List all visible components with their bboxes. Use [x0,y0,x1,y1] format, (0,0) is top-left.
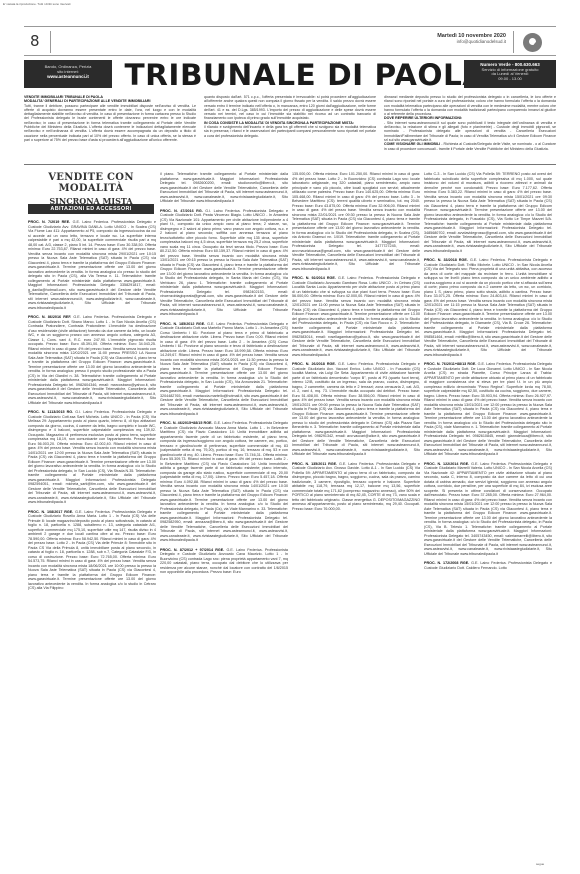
procedure-number: PROC. N. 122/2014 RGE. [424,462,469,466]
procedure-number: PROC. N. 7/2019 REE. [28,220,70,224]
notices-column-1: PROC. N. 7/2019 REE. G.E. Laino Federica… [28,220,156,860]
notice-text: G.E. Laino Federica. Professionista Dele… [28,315,156,405]
website-link[interactable]: www.asteannunci.it [24,74,112,79]
date-box: Martedì 10 novembre 2020 info@quotidiano… [437,33,506,44]
notice-text: Lotto C-3 - In San Lucido (CS) Via Polle… [424,172,552,253]
procedure-number: PROC. N. 108/2017 RGE. [28,510,73,514]
notice-text: G.E. Laino Federica. Professionista Dele… [160,548,288,575]
copyright-notice: E' vietata la riproduzione. Tutti i diri… [3,2,70,6]
notices-column-3: 135.000,00. Offerta minima: Euro 101.250… [292,172,420,860]
procedure-number: PROC. N. 172/2008 RGE. [424,561,469,565]
legal-notice: PROC. N. 87/2012 + 97/2014 RGE. G.E. Lai… [160,548,288,575]
contact-email: info@quotidianodelsud.it [437,39,506,44]
legal-notice: PROC. N. 46/2015+88/15 RGE. G.E. Laino F… [160,421,288,543]
general-terms: VENDITE IMMOBILIARI TRIBUNALE DI PAOLA M… [24,95,556,161]
procedure-number: PROC. N. 1113/2015 RG. [28,410,73,414]
divider [513,31,514,53]
intro-text: Tutti, tranne il debitore, possono parte… [24,104,196,142]
legal-notice: PROC. N. 135/2011 RGE. G.E. Laino Federi… [292,462,420,512]
notice-text: G.E. Laino Federica. Professionista Dele… [292,462,420,511]
procedure-number: PROC. N. 92/2014 RGE. [292,276,336,280]
legal-notice: PROC. N. 122/2014 RGE. G.E. Laino Federi… [424,462,552,557]
service-hours: 09.00 - 13.00 [464,77,556,82]
procedure-number: PROC. N. 47/2016 RG. [160,209,203,213]
intro-text: quanto disposto dall'art. 571 c.p.c., l'… [204,95,376,120]
notice-text: G.E. Laino Federica. Professionista Dele… [424,258,552,357]
notice-text: G.E. Laino Federica. Professionista Dele… [160,421,288,542]
notice-text: G.E. Laino Federica. Professionista Dele… [292,362,420,456]
notice-text: G.I. Laino Federica. Professionista Dele… [28,410,156,504]
page-header: 8 Martedì 10 novembre 2020 info@quotidia… [24,26,556,56]
procedure-number: PROC. N. 86/2016 REF. [28,315,71,319]
legal-notice: PROC. N. 1113/2015 RG. G.I. Laino Federi… [28,410,156,505]
notices-column-4: Lotto C-3 - In San Lucido (CS) Via Polle… [424,172,552,860]
legal-notice: PROC. N. 26/2018 RGE. G.E. Laino Federic… [292,362,420,457]
q-logo-icon [523,33,542,52]
section-title: VENDITE CON MODALITÀ SINCRONA MISTA [24,172,158,206]
legal-notice: Lotto C-3 - In San Lucido (CS) Via Polle… [424,172,552,253]
legal-notice: PROC. N. 172/2008 RGE. G.E. Laino Federi… [424,561,552,570]
legal-notice: PROC. N. 33/2018 RGE. G.E. Laino Federic… [424,258,552,357]
masthead: Bando, Ordinanza, Perizia sito internet:… [24,60,556,88]
notice-text: G.E. Laino Federica. Professionista Dele… [28,510,156,591]
procedure-number: PROC. N. 26/2018 RGE. [292,362,336,366]
legal-notice: il piano. Telematiche: tramite collegame… [160,172,288,204]
notice-text: il piano. Telematiche: tramite collegame… [160,172,288,203]
legal-notice: PROC. N. 185/2012 RGE. G.E. Laino Federi… [160,322,288,417]
procedure-number: PROC. N. 87/2012 + 97/2014 RGE. [160,548,224,552]
divider [24,164,556,165]
notice-text: 135.000,00. Offerta minima: Euro 101.250… [292,172,420,271]
notice-text: G.E. Laino Federica. Professionista Dele… [292,276,420,357]
procedure-number: PROC. N. 76/2011+88/13 RGE. [424,362,476,366]
toll-free-box: Numero Verde - 800.630.663 Servizio di i… [464,60,556,88]
notice-text: G.E. Laino Federica. Professionista Dele… [424,362,552,456]
notice-text: G.E. Laino Federica. Professionista Dele… [28,220,156,310]
legal-notice: PROC. N. 7/2019 REE. G.E. Laino Federica… [28,220,156,310]
legal-notice: 135.000,00. Offerta minima: Euro 101.250… [292,172,420,271]
notice-text: G.E. Laino Federica. Professionista Dele… [424,462,552,556]
procedure-number: PROC. N. 185/2012 RGE. [160,322,205,326]
section-title-line: VENDITE CON MODALITÀ [24,172,158,194]
notices-column-2: il piano. Telematiche: tramite collegame… [160,172,288,852]
procedure-number: PROC. N. 46/2015+88/15 RGE. [160,421,213,425]
intro-column: dinnanzi mediante deposito presso lo stu… [384,95,556,161]
intro-column: VENDITE IMMOBILIARI TRIBUNALE DI PAOLA M… [24,95,196,161]
category-bar: ABITAZIONI ED ACCESSORI [28,204,154,214]
page-number: 8 [30,32,40,50]
page-title: TRIBUNALE DI PAOLA [124,60,485,90]
intro-text: - Sito internet www.asteannunci.it sul q… [384,121,556,142]
legal-notice: PROC. N. 47/2016 RG. G.I. Laino Federica… [160,209,288,317]
intro-text: dinnanzi mediante deposito presso lo stu… [384,95,556,116]
notice-text: G.E. Laino Federica. Professionista Dele… [160,322,288,416]
legal-notice: PROC. N. 86/2016 REF. G.E. Laino Federic… [28,315,156,405]
notice-text: G.I. Laino Federica. Professionista Dele… [160,209,288,317]
intro-column: quanto disposto dall'art. 571 c.p.c., l'… [204,95,376,161]
documents-info-box: Bando, Ordinanza, Perizia sito internet:… [24,60,112,88]
procedure-number: PROC. N. 135/2011 RGE. [292,462,337,466]
procedure-number: PROC. N. 33/2018 RGE. [424,258,468,262]
continuation-mark: segue [536,862,544,866]
legal-notice: PROC. N. 108/2017 RGE. G.E. Laino Federi… [28,510,156,591]
legal-notice: PROC. N. 92/2014 RGE. G.E. Laino Federic… [292,276,420,357]
intro-text: il rilancio e svolgimento dell'incanto e… [204,125,376,138]
legal-notice: PROC. N. 76/2011+88/13 RGE. G.E. Laino F… [424,362,552,457]
divider [50,31,51,53]
